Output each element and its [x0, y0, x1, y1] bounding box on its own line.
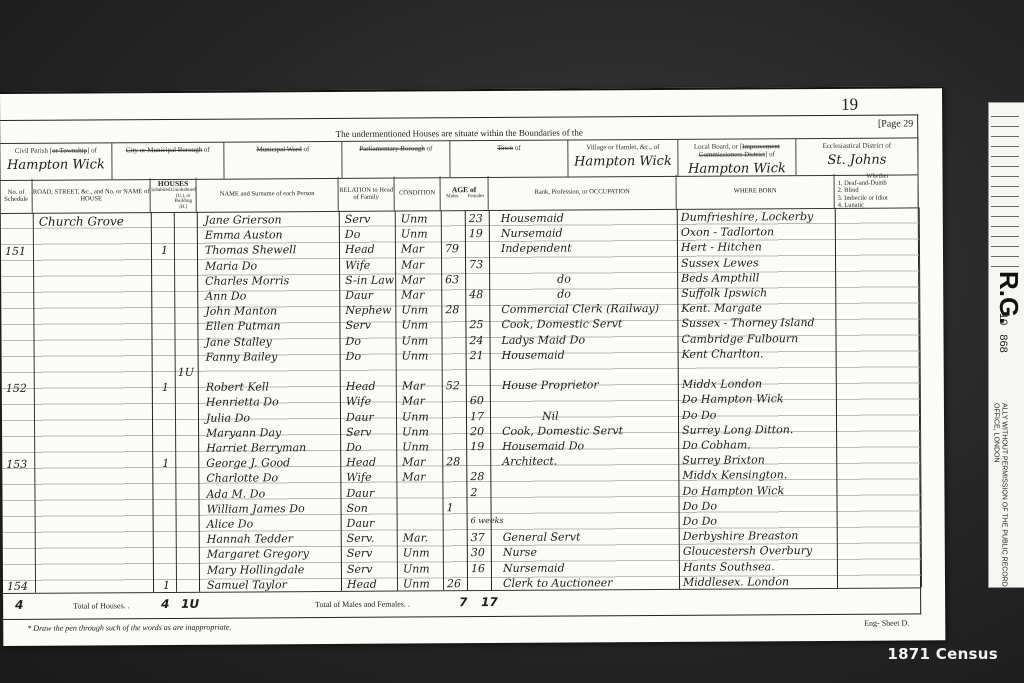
header-females: Females: [464, 194, 488, 200]
admin-field: Parliamentary Borough of: [342, 141, 450, 178]
condition: Mar: [402, 380, 425, 393]
condition: Unm: [402, 425, 429, 438]
female-age: 30: [471, 546, 485, 559]
occupation: Housemaid: [501, 212, 564, 225]
footnote: * Draw the pen through such of the words…: [27, 623, 231, 633]
condition: Mar.: [403, 532, 428, 545]
relation: Serv: [345, 319, 371, 332]
schedule-number: 152: [6, 382, 27, 395]
admin-field-value: Hampton Wick: [568, 154, 677, 170]
census-sheet: 19 [Page 29 The undermentioned Houses ar…: [0, 86, 945, 646]
person-name: Charles Morris: [205, 274, 289, 288]
condition: Unm: [401, 334, 428, 347]
birthplace: Do Do: [683, 499, 717, 512]
male-age: 28: [446, 455, 460, 468]
relation: Daur: [345, 289, 373, 302]
condition: Unm: [401, 319, 428, 332]
table-body: Church Grove Jane GriersonServUnm23House…: [1, 207, 921, 593]
relation: Serv: [347, 547, 373, 560]
header-males: Males: [441, 195, 465, 201]
condition: Unm: [401, 304, 428, 317]
inhabited-mark: 1: [162, 457, 169, 470]
archive-reference-card: R.G. 10 868 ALLY WITHOUT PERMISSION OF T…: [988, 102, 1024, 588]
person-name: Maryann Day: [206, 426, 281, 439]
header-inhabited: Inhabited: [151, 188, 171, 210]
male-age: 79: [445, 243, 459, 256]
person-name: Emma Auston: [205, 228, 283, 241]
condition: Unm: [402, 440, 429, 453]
person-name: Ann Do: [205, 289, 246, 302]
condition: Unm: [401, 228, 428, 241]
relation: Head: [347, 578, 377, 591]
occupation: Commercial Clerk (Railway): [501, 302, 659, 316]
female-age: 19: [470, 440, 484, 453]
total-uninhabited: 1U: [181, 597, 199, 611]
relation: Serv: [345, 213, 371, 226]
person-name: Ellen Putman: [205, 320, 280, 333]
person-name: William James Do: [207, 502, 305, 516]
header-relation: RELATION to Head of Family: [339, 177, 395, 211]
female-age: 21: [470, 349, 484, 362]
birthplace: Cambridge Fulbourn: [681, 332, 798, 346]
female-age: 24: [469, 334, 483, 347]
person-name: Julia Do: [206, 411, 250, 424]
occupation: Nil: [542, 409, 559, 422]
occupation: Housemaid: [502, 348, 565, 361]
birthplace: Do Hampton Wick: [682, 393, 784, 407]
birthplace: Kent Charlton.: [682, 347, 764, 361]
header-houses-title: HOUSES: [151, 180, 196, 189]
admin-field-label: Town of: [450, 141, 567, 153]
person-name: Jane Grierson: [205, 213, 282, 226]
relation: Head: [346, 380, 376, 393]
female-age: 19: [469, 227, 483, 240]
person-name: Alice Do: [207, 517, 254, 530]
admin-field: Civil Parish [or Township] ofHampton Wic…: [0, 143, 112, 180]
occupation: Ladys Maid Do: [501, 333, 585, 347]
female-age: 20: [470, 425, 484, 438]
admin-field: City or Municipal Borough of: [112, 143, 224, 180]
header-condition: CONDITION: [395, 176, 441, 210]
person-name: Mary Hollingdale: [207, 563, 304, 577]
relation: S-in Law: [345, 273, 394, 286]
person-name: Maria Do: [205, 259, 257, 272]
image-caption: 1871 Census: [887, 645, 998, 663]
admin-field-label: Civil Parish [or Township] of: [0, 143, 111, 155]
sheet-id: Eng- Sheet D.: [864, 618, 909, 627]
condition: Mar: [401, 273, 424, 286]
admin-field: Local Board, or [Improvement Commissione…: [678, 139, 796, 176]
reference-numbers: 10 868: [997, 313, 1009, 353]
birthplace: Dumfrieshire, Lockerby: [681, 210, 814, 224]
total-houses-label: Total of Houses. .: [73, 601, 130, 610]
person-name: George J. Good: [206, 456, 290, 470]
birthplace: Do Do: [683, 515, 717, 528]
admin-field-value: [224, 156, 341, 157]
occupation: Nursemaid: [501, 227, 563, 240]
birthplace: Sussex Lewes: [681, 256, 759, 269]
header-schedule: No. of Schedule: [1, 179, 33, 213]
birthplace: Middlesex. London: [683, 575, 789, 589]
relation: Son: [347, 502, 368, 515]
birthplace: Surrey Brixton: [682, 454, 765, 468]
copyright-notice: ALLY WITHOUT PERMISSION OF THE PUBLIC RE…: [992, 403, 1007, 587]
male-age: 63: [445, 273, 459, 286]
female-age: 48: [469, 288, 483, 301]
birthplace: Hants Southsea.: [683, 560, 775, 574]
admin-field-value: [450, 155, 567, 156]
admin-field: Village or Hamlet, &c., ofHampton Wick: [568, 140, 678, 177]
relation: Do: [346, 441, 362, 454]
admin-field: Ecclesiastical District ofSt. Johns: [796, 138, 918, 175]
total-persons-label: Total of Males and Females. .: [315, 600, 410, 610]
admin-field: Municipal Ward of: [224, 142, 342, 179]
birthplace: Middx London: [682, 378, 762, 391]
census-table: [Page 29 The undermentioned Houses are s…: [0, 114, 921, 620]
birthplace: Middx Kensington.: [682, 469, 787, 483]
condition: Unm: [402, 410, 429, 423]
condition: Unm: [401, 212, 428, 225]
header-occupation: Rank, Profession, or OCCUPATION: [489, 175, 677, 210]
female-age: 25: [469, 318, 483, 331]
condition: Unm: [403, 577, 430, 590]
admin-field-value: Hampton Wick: [0, 157, 111, 173]
admin-field-label: Ecclesiastical District of: [796, 138, 917, 150]
admin-field-value: [112, 157, 223, 158]
admin-field-value: St. Johns: [796, 152, 917, 168]
condition: Mar: [401, 243, 424, 256]
occupation: Architect.: [502, 455, 557, 468]
header-age: AGE of Males Females: [441, 176, 489, 210]
admin-field-label: Municipal Ward of: [224, 142, 341, 154]
female-age: 73: [469, 258, 483, 271]
birthplace: Do Hampton Wick: [682, 484, 784, 498]
header-houses: HOUSES Inhabited Uninhabited (U.), or Bu…: [151, 178, 197, 212]
header-born: WHERE BORN: [677, 174, 835, 209]
reference-piece: 868: [997, 334, 1009, 352]
occupation: Independent: [501, 242, 572, 255]
occupation: do: [557, 288, 571, 301]
header-infirmity: Whether 1. Deaf-and-Dumb2. Blind3. Imbec…: [835, 173, 919, 208]
condition: Unm: [403, 562, 430, 575]
admin-field-label: City or Municipal Borough of: [112, 143, 223, 155]
condition: Mar: [402, 395, 425, 408]
admin-field-label: Parliamentary Borough of: [342, 141, 449, 153]
reference-class: 10: [997, 313, 1009, 325]
inhabited-mark: 1: [161, 244, 168, 257]
person-name: Harriet Berryman: [206, 441, 306, 455]
relation: Daur: [346, 410, 374, 423]
female-age: 17: [470, 410, 484, 423]
occupation: Clerk to Auctioneer: [503, 576, 613, 590]
condition: Mar: [402, 471, 425, 484]
birthplace: Oxon - Tadlorton: [681, 225, 774, 239]
condition: Mar: [401, 288, 424, 301]
relation: Daur: [346, 486, 374, 499]
person-name: Jane Stalley: [205, 335, 271, 348]
person-name: Hannah Tedder: [207, 532, 293, 546]
occupation: Cook, Domestic Servt: [501, 318, 622, 332]
admin-field-value: [342, 155, 449, 156]
condition: Unm: [402, 349, 429, 362]
relation: Serv: [347, 562, 373, 575]
male-age: 1: [447, 501, 454, 514]
male-age: 26: [447, 577, 461, 590]
birthplace: Derbyshire Breaston: [683, 529, 799, 543]
person-name: John Manton: [205, 304, 277, 317]
relation: Serv.: [347, 532, 375, 545]
condition: Mar: [402, 456, 425, 469]
stamped-number: 19: [841, 95, 858, 115]
relation: Head: [345, 243, 375, 256]
relation: Wife: [346, 471, 371, 484]
person-name: Margaret Gregory: [207, 548, 309, 562]
female-age: 37: [471, 531, 485, 544]
birthplace: Sussex - Thorney Island: [681, 316, 814, 330]
birthplace: Hert - Hitchen: [681, 241, 762, 254]
occupation: Housemaid Do: [502, 439, 584, 453]
schedule-number: 153: [6, 458, 27, 471]
admin-field: Town of: [450, 141, 568, 178]
total-males: 7: [459, 595, 467, 609]
relation: Do: [345, 334, 361, 347]
total-females: 17: [481, 595, 498, 609]
birthplace: Do Cobham.: [682, 438, 751, 451]
total-schedules: 4: [15, 598, 23, 612]
total-inhabited: 4: [161, 597, 169, 611]
person-name: Charlotte Do: [206, 472, 278, 485]
birthplace: Gloucestersh Overbury: [683, 544, 812, 558]
relation: Wife: [346, 395, 371, 408]
female-age: 16: [471, 562, 485, 575]
relation: Do: [346, 350, 362, 363]
relation: Serv: [346, 426, 372, 439]
person-name: Samuel Taylor: [207, 578, 287, 591]
relation: Do: [345, 228, 361, 241]
person-name: Henrietta Do: [206, 396, 279, 409]
female-age: 28: [470, 470, 484, 483]
relation: Wife: [345, 258, 370, 271]
birthplace: Kent. Margate: [681, 302, 762, 315]
schedule-number: 151: [5, 245, 26, 258]
admin-field-label: Village or Hamlet, &c., of: [568, 140, 677, 152]
female-age: 6 weeks: [471, 516, 504, 525]
relation: Nephew: [345, 304, 391, 317]
uninhabited-mark: 1U: [178, 366, 194, 379]
condition: Mar: [401, 258, 424, 271]
birthplace: Suffolk Ipswich: [681, 286, 767, 300]
infirmity-option: 1. Deaf-and-Dumb: [838, 180, 887, 187]
header-address: ROAD, STREET, &c., and No. or NAME of HO…: [33, 178, 151, 213]
occupation: Nurse: [503, 546, 537, 559]
inhabited-mark: 1: [162, 381, 169, 394]
male-age: 52: [446, 379, 460, 392]
person-name: Thomas Shewell: [205, 244, 296, 258]
relation: Head: [346, 456, 376, 469]
birthplace: Surrey Long Ditton.: [682, 423, 793, 437]
female-age: 2: [470, 486, 477, 499]
totals-row: 4 Total of Houses. . 4 1U Total of Males…: [3, 587, 921, 620]
female-age: 60: [470, 394, 484, 407]
male-age: 28: [445, 303, 459, 316]
card-ruled-lines: [991, 107, 1019, 267]
admin-field-label: Local Board, or [Improvement Commissione…: [678, 139, 795, 159]
occupation: House Proprietor: [502, 379, 599, 393]
schedule-number: 154: [7, 580, 28, 593]
birthplace: Do Do: [682, 408, 716, 421]
person-name: Ada M. Do: [206, 487, 265, 500]
header-name: NAME and Surname of each Person: [197, 177, 339, 212]
person-name: Fanny Bailey: [206, 350, 278, 363]
inhabited-mark: 1: [163, 579, 170, 592]
female-age: 23: [469, 212, 483, 225]
occupation: Cook, Domestic Servt: [502, 424, 623, 438]
relation: Daur: [347, 517, 375, 530]
header-age-title: AGE of: [441, 186, 488, 195]
person-name: Robert Kell: [206, 381, 269, 394]
header-uninhabited: Uninhabited (U.), or Building (B.): [171, 188, 196, 210]
birthplace: Beds Ampthill: [681, 271, 759, 284]
occupation: Nursemaid: [503, 561, 565, 574]
occupation: do: [557, 272, 571, 285]
occupation: General Servt: [503, 531, 581, 544]
condition: Unm: [403, 547, 430, 560]
